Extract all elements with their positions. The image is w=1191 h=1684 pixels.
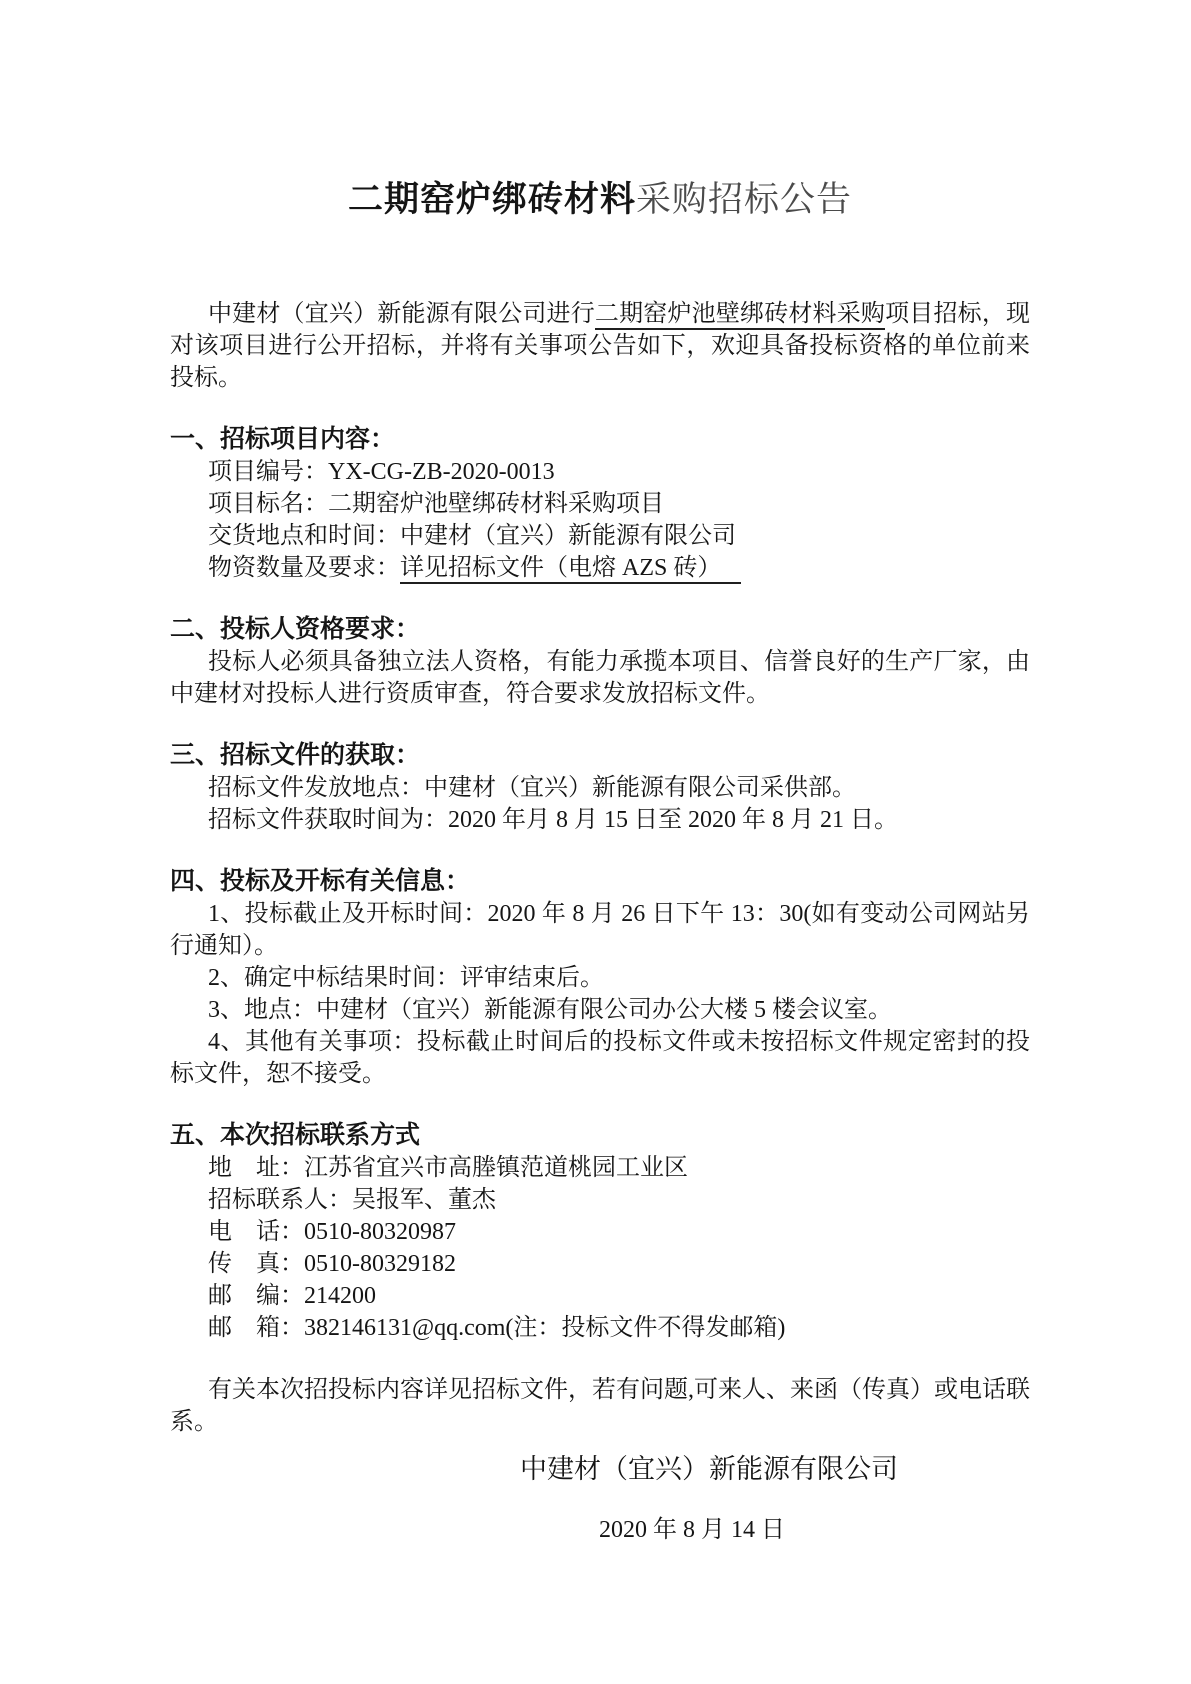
- opening-location-line: 3、地点：中建材（宜兴）新能源有限公司办公大楼 5 楼会议室。: [170, 994, 1030, 1026]
- section-bidder-qualification: 二、投标人资格要求： 投标人必须具备独立法人资格，有能力承揽本项目、信誉良好的生…: [170, 614, 1030, 710]
- material-quantity-label: 物资数量及要求：: [208, 555, 400, 581]
- contact-phone-line: 电 话：0510-80320987: [170, 1216, 1030, 1248]
- section-tender-project-content: 一、招标项目内容： 项目编号：YX-CG-ZB-2020-0013 项目标名：二…: [170, 424, 1030, 584]
- intro-lead-text: 中建材（宜兴）新能源有限公司进行: [208, 301, 595, 327]
- material-quantity-underlined-value: 详见招标文件（电熔 AZS 砖）: [400, 555, 741, 584]
- document-acquisition-time-line: 招标文件获取时间为：2020 年月 8 月 15 日至 2020 年 8 月 2…: [170, 804, 1030, 836]
- project-number-line: 项目编号：YX-CG-ZB-2020-0013: [170, 456, 1030, 488]
- result-time-line: 2、确定中标结果时间：评审结束后。: [170, 962, 1030, 994]
- section-bid-opening-info: 四、投标及开标有关信息： 1、投标截止及开标时间：2020 年 8 月 26 日…: [170, 866, 1030, 1090]
- section-document-acquisition: 三、招标文件的获取： 招标文件发放地点：中建材（宜兴）新能源有限公司采供部。 招…: [170, 740, 1030, 836]
- bid-deadline-line: 1、投标截止及开标时间：2020 年 8 月 26 日下午 13：30(如有变动…: [170, 898, 1030, 962]
- section-4-heading: 四、投标及开标有关信息：: [170, 866, 1030, 898]
- delivery-place-line: 交货地点和时间：中建材（宜兴）新能源有限公司: [170, 520, 1030, 552]
- material-quantity-line: 物资数量及要求：详见招标文件（电熔 AZS 砖）: [170, 552, 1030, 584]
- title-bold-part: 二期窑炉绑砖材料: [348, 180, 636, 219]
- section-2-heading: 二、投标人资格要求：: [170, 614, 1030, 646]
- signature-company-name: 中建材（宜兴）新能源有限公司: [279, 1452, 1139, 1486]
- title-regular-part: 采购招标公告: [636, 180, 852, 219]
- document-release-place-line: 招标文件发放地点：中建材（宜兴）新能源有限公司采供部。: [170, 772, 1030, 804]
- section-3-heading: 三、招标文件的获取：: [170, 740, 1030, 772]
- document-title: 二期窑炉绑砖材料采购招标公告: [170, 178, 1030, 222]
- document-page: 二期窑炉绑砖材料采购招标公告 中建材（宜兴）新能源有限公司进行二期窑炉池壁绑砖材…: [0, 0, 1191, 1684]
- section-contact-info: 五、本次招标联系方式 地 址：江苏省宜兴市高塍镇范道桃园工业区 招标联系人：吴报…: [170, 1120, 1030, 1344]
- closing-paragraph: 有关本次招投标内容详见招标文件，若有问题,可来人、来函（传真）或电话联系。: [170, 1374, 1030, 1438]
- intro-paragraph: 中建材（宜兴）新能源有限公司进行二期窑炉池壁绑砖材料采购项目招标，现对该项目进行…: [170, 298, 1030, 394]
- section-5-heading: 五、本次招标联系方式: [170, 1120, 1030, 1152]
- intro-underlined-project-name: 二期窑炉池壁绑砖材料采购: [595, 301, 885, 330]
- contact-address-line: 地 址：江苏省宜兴市高塍镇范道桃园工业区: [170, 1152, 1030, 1184]
- contact-postcode-line: 邮 编：214200: [170, 1280, 1030, 1312]
- bidder-qualification-paragraph: 投标人必须具备独立法人资格，有能力承揽本项目、信誉良好的生产厂家，由中建材对投标…: [170, 646, 1030, 710]
- section-1-heading: 一、招标项目内容：: [170, 424, 1030, 456]
- other-matters-line: 4、其他有关事项：投标截止时间后的投标文件或未按招标文件规定密封的投标文件，恕不…: [170, 1026, 1030, 1090]
- contact-person-line: 招标联系人：吴报军、董杰: [170, 1184, 1030, 1216]
- contact-fax-line: 传 真：0510-80329182: [170, 1248, 1030, 1280]
- announcement-date: 2020 年 8 月 14 日: [262, 1514, 1122, 1546]
- contact-email-line: 邮 箱：382146131@qq.com(注：投标文件不得发邮箱): [170, 1312, 1030, 1344]
- project-name-line: 项目标名：二期窑炉池壁绑砖材料采购项目: [170, 488, 1030, 520]
